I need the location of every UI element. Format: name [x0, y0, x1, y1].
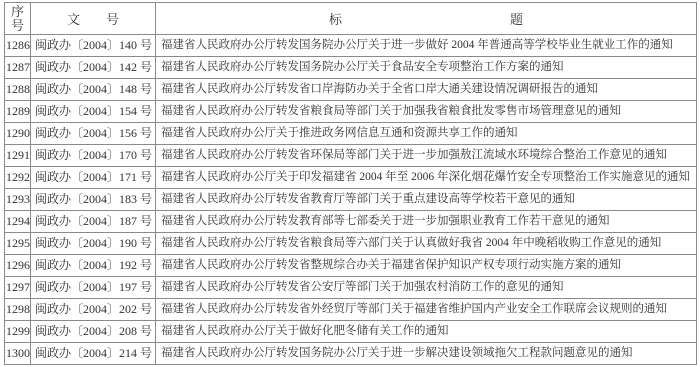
table-row: 1295 闽政办〔2004〕190 号 福建省人民政府办公厅转发省粮食局等六部门…	[5, 233, 697, 255]
row-title: 福建省人民政府办公厅转发省整规综合办关于福建省保护知识产权专项行动实施方案的通知	[156, 255, 697, 277]
row-title: 福建省人民政府办公厅转发国务院办公厅关于食品安全专项整治工作方案的通知	[156, 57, 697, 79]
row-serial-number: 1288	[5, 79, 31, 101]
table-header-row: 序号 文号 标题	[5, 3, 697, 35]
row-title: 福建省人民政府办公厅转发省粮食局等六部门关于认真做好我省 2004 年中晚稻收购…	[156, 233, 697, 255]
row-serial-number: 1291	[5, 145, 31, 167]
header-document-number: 文号	[31, 3, 156, 35]
row-document-number: 闽政办〔2004〕156 号	[31, 123, 156, 145]
row-serial-number: 1289	[5, 101, 31, 123]
row-title: 福建省人民政府办公厅转发省外经贸厅等部门关于福建省维护国内产业安全工作联席会议规…	[156, 299, 697, 321]
row-document-number: 闽政办〔2004〕154 号	[31, 101, 156, 123]
table-row: 1287 闽政办〔2004〕142 号 福建省人民政府办公厅转发国务院办公厅关于…	[5, 57, 697, 79]
row-document-number: 闽政办〔2004〕190 号	[31, 233, 156, 255]
row-document-number: 闽政办〔2004〕140 号	[31, 35, 156, 57]
row-title: 福建省人民政府办公厅关于做好化肥冬储有关工作的通知	[156, 321, 697, 343]
row-document-number: 闽政办〔2004〕187 号	[31, 211, 156, 233]
table-row: 1292 闽政办〔2004〕171 号 福建省人民政府办公厅关于印发福建省 20…	[5, 167, 697, 189]
table-row: 1288 闽政办〔2004〕148 号 福建省人民政府办公厅转发省口岸海防办关于…	[5, 79, 697, 101]
row-title: 福建省人民政府办公厅转发国务院办公厅关于进一步做好 2004 年普通高等学校毕业…	[156, 35, 697, 57]
row-document-number: 闽政办〔2004〕148 号	[31, 79, 156, 101]
row-document-number: 闽政办〔2004〕170 号	[31, 145, 156, 167]
row-serial-number: 1290	[5, 123, 31, 145]
header-serial-number-label: 序号	[5, 5, 30, 33]
row-title: 福建省人民政府办公厅转发省教育厅等部门关于重点建设高等学校若干意见的通知	[156, 189, 697, 211]
row-document-number: 闽政办〔2004〕202 号	[31, 299, 156, 321]
header-title: 标题	[156, 3, 697, 35]
row-serial-number: 1295	[5, 233, 31, 255]
row-document-number: 闽政办〔2004〕214 号	[31, 343, 156, 365]
row-title: 福建省人民政府办公厅关于推进政务网信息互通和资源共享工作的通知	[156, 123, 697, 145]
table-row: 1294 闽政办〔2004〕187 号 福建省人民政府办公厅转发教育部等七部委关…	[5, 211, 697, 233]
row-document-number: 闽政办〔2004〕142 号	[31, 57, 156, 79]
row-document-number: 闽政办〔2004〕192 号	[31, 255, 156, 277]
row-title: 福建省人民政府办公厅转发省公安厅等部门关于加强农村消防工作的意见的通知	[156, 277, 697, 299]
table-row: 1293 闽政办〔2004〕183 号 福建省人民政府办公厅转发省教育厅等部门关…	[5, 189, 697, 211]
row-serial-number: 1299	[5, 321, 31, 343]
row-serial-number: 1293	[5, 189, 31, 211]
table-row: 1286 闽政办〔2004〕140 号 福建省人民政府办公厅转发国务院办公厅关于…	[5, 35, 697, 57]
row-serial-number: 1298	[5, 299, 31, 321]
table-row: 1289 闽政办〔2004〕154 号 福建省人民政府办公厅转发省粮食局等部门关…	[5, 101, 697, 123]
table-row: 1290 闽政办〔2004〕156 号 福建省人民政府办公厅关于推进政务网信息互…	[5, 123, 697, 145]
table-row: 1299 闽政办〔2004〕208 号 福建省人民政府办公厅关于做好化肥冬储有关…	[5, 321, 697, 343]
table-row: 1297 闽政办〔2004〕197 号 福建省人民政府办公厅转发省公安厅等部门关…	[5, 277, 697, 299]
table-row: 1300 闽政办〔2004〕214 号 福建省人民政府办公厅转发国务院办公厅关于…	[5, 343, 697, 365]
row-serial-number: 1297	[5, 277, 31, 299]
row-title: 福建省人民政府办公厅转发省环保局等部门关于进一步加强敖江流域水环境综合整治工作意…	[156, 145, 697, 167]
row-serial-number: 1286	[5, 35, 31, 57]
table-row: 1298 闽政办〔2004〕202 号 福建省人民政府办公厅转发省外经贸厅等部门…	[5, 299, 697, 321]
row-serial-number: 1296	[5, 255, 31, 277]
header-document-number-label: 文号	[31, 9, 155, 28]
row-serial-number: 1294	[5, 211, 31, 233]
row-document-number: 闽政办〔2004〕183 号	[31, 189, 156, 211]
row-serial-number: 1300	[5, 343, 31, 365]
row-title: 福建省人民政府办公厅转发国务院办公厅关于进一步解决建设领域拖欠工程款问题意见的通…	[156, 343, 697, 365]
row-title: 福建省人民政府办公厅关于印发福建省 2004 年至 2006 年深化烟花爆竹安全…	[156, 167, 697, 189]
row-document-number: 闽政办〔2004〕171 号	[31, 167, 156, 189]
table-row: 1291 闽政办〔2004〕170 号 福建省人民政府办公厅转发省环保局等部门关…	[5, 145, 697, 167]
row-title: 福建省人民政府办公厅转发教育部等七部委关于进一步加强职业教育工作若干意见的通知	[156, 211, 697, 233]
row-document-number: 闽政办〔2004〕208 号	[31, 321, 156, 343]
row-serial-number: 1292	[5, 167, 31, 189]
header-serial-number: 序号	[5, 3, 31, 35]
table-body: 1286 闽政办〔2004〕140 号 福建省人民政府办公厅转发国务院办公厅关于…	[5, 35, 697, 365]
row-document-number: 闽政办〔2004〕197 号	[31, 277, 156, 299]
row-title: 福建省人民政府办公厅转发省口岸海防办关于全省口岸大通关建设情况调研报告的通知	[156, 79, 697, 101]
row-serial-number: 1287	[5, 57, 31, 79]
row-title: 福建省人民政府办公厅转发省粮食局等部门关于加强我省粮食批发零售市场管理意见的通知	[156, 101, 697, 123]
table-row: 1296 闽政办〔2004〕192 号 福建省人民政府办公厅转发省整规综合办关于…	[5, 255, 697, 277]
document-index-table: 序号 文号 标题 1286 闽政办〔2004〕140 号 福建省人民政府办公厅转…	[4, 2, 697, 365]
header-title-label: 标题	[156, 9, 696, 28]
